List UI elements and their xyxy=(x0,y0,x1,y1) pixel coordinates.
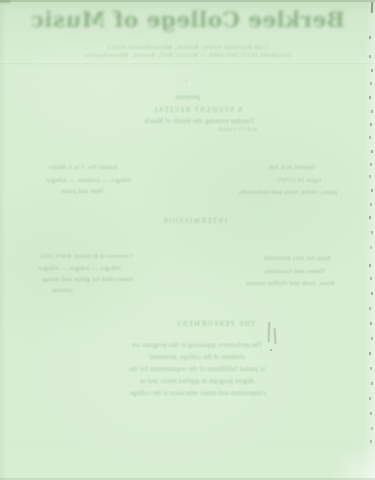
binding-perforation-marks xyxy=(369,36,371,39)
footnote-mark: * xyxy=(174,80,198,86)
note-line: in partial fulfillment of the requiremen… xyxy=(18,367,375,374)
address-line: Telephone (617) 266-1400 — Recital Hall,… xyxy=(0,53,375,59)
program-piece-line: Allegro — Andante — Allegro xyxy=(33,178,145,185)
scratch-mark xyxy=(274,328,276,344)
note-line: The performers appearing in this program… xyxy=(18,343,375,350)
intermission-heading: INTERMISSION xyxy=(7,218,375,225)
performer-line: Opus 16 (1797) xyxy=(264,178,334,185)
address-line: 1140 Boylston Street, Boston, Massachuse… xyxy=(0,45,375,51)
program-piece-line: transcribed for guitar and strings xyxy=(22,277,152,284)
program-piece-line: Concerto in D minor, BWV 1052 xyxy=(30,254,142,261)
performer-line: brass, reeds and rhythm section xyxy=(233,281,347,288)
note-line: composition and music education at the c… xyxy=(18,391,375,398)
scanned-program-page: Berklee College of Music 1140 Boylston S… xyxy=(0,0,375,480)
lower-fold-crease xyxy=(0,444,375,446)
note-line: degree program in applied music and in xyxy=(18,379,375,386)
recital-date: Tuesday evening, the fourth of March xyxy=(12,119,375,126)
performers-heading: THE PERFORMERS xyxy=(28,321,375,328)
program-piece-line: Allegro — Adagio — Allegro xyxy=(30,266,130,273)
program-piece-line: soloists xyxy=(42,288,82,295)
masthead-title: Berklee College of Music xyxy=(0,10,375,32)
performer-line: Theme and Variations xyxy=(258,269,332,276)
performer-line: piano, violin, viola and violoncello xyxy=(228,190,348,197)
performer-line: Suite for Jazz Ensemble xyxy=(253,256,341,263)
recital-time: at 8:15 o'clock xyxy=(210,127,265,133)
upper-fold-crease xyxy=(0,62,375,64)
program-piece-line: Sonata No. 3 in G Major xyxy=(33,165,133,172)
recital-title: A STUDENT RECITAL xyxy=(10,107,375,114)
presents-line: presents xyxy=(0,94,375,101)
performer-line: Quartet in E flat xyxy=(252,165,332,172)
program-piece-line: flute and piano xyxy=(50,189,114,196)
top-left-smudge xyxy=(0,0,10,3)
note-line: students of the college, presented xyxy=(18,355,375,362)
top-edge-shadow xyxy=(0,0,375,2)
